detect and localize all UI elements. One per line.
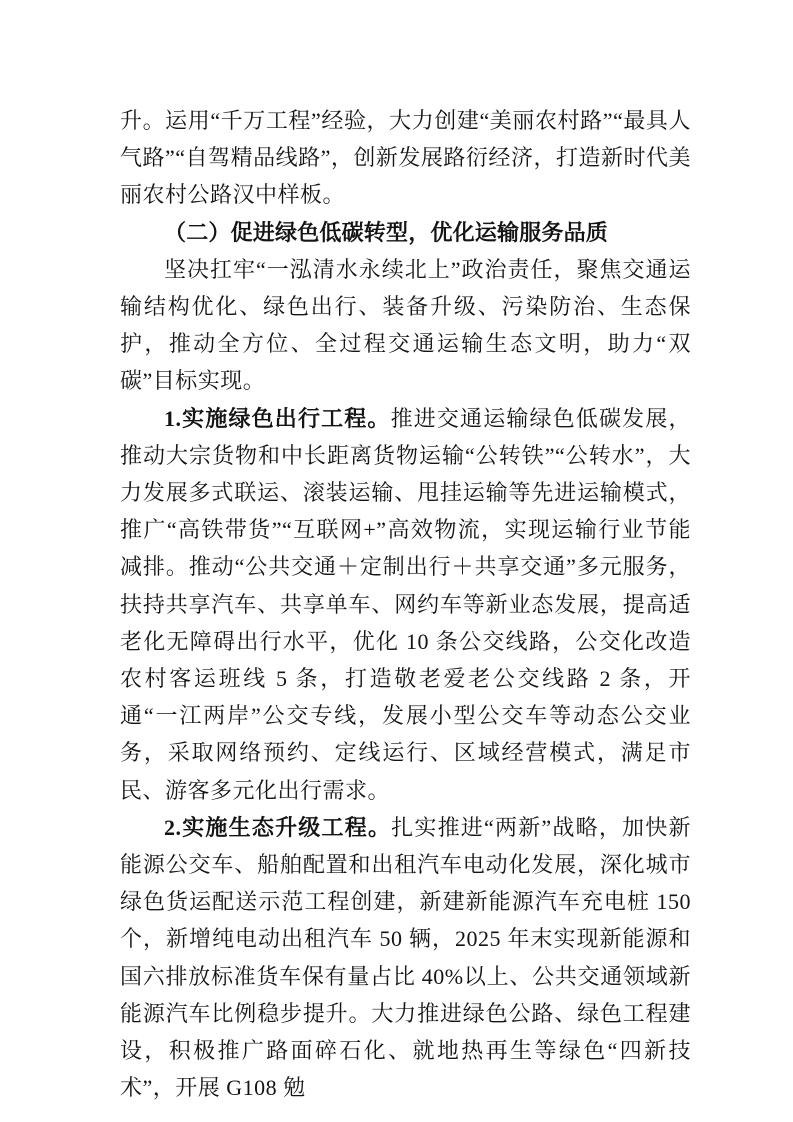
paragraph-text: 推进交通运输绿色低碳发展，推动大宗货物和中长距离货物运输“公转铁”“公转水”，大…	[120, 406, 691, 803]
document-body: 升。运用“千万工程”经验，大力创建“美丽农村路”“最具人气路”“自驾精品线路”，…	[120, 102, 691, 1106]
paragraph: 2.实施生态升级工程。扎实推进“两新”战略，加快新能源公交车、船舶配置和出租汽车…	[120, 809, 691, 1107]
paragraph-lead: 1.实施绿色出行工程。	[164, 406, 391, 431]
document-page: 升。运用“千万工程”经验，大力创建“美丽农村路”“最具人气路”“自驾精品线路”，…	[0, 0, 793, 1122]
paragraph: 坚决扛牢“一泓清水永续北上”政治责任，聚焦交通运输结构优化、绿色出行、装备升级、…	[120, 251, 691, 400]
paragraph-continued: 升。运用“千万工程”经验，大力创建“美丽农村路”“最具人气路”“自驾精品线路”，…	[120, 102, 691, 214]
paragraph: 1.实施绿色出行工程。推进交通运输绿色低碳发展，推动大宗货物和中长距离货物运输“…	[120, 400, 691, 809]
section-heading: （二）促进绿色低碳转型，优化运输服务品质	[120, 214, 691, 251]
paragraph-text: 扎实推进“两新”战略，加快新能源公交车、船舶配置和出租汽车电动化发展，深化城市绿…	[120, 815, 691, 1100]
paragraph-lead: 2.实施生态升级工程。	[164, 815, 391, 840]
